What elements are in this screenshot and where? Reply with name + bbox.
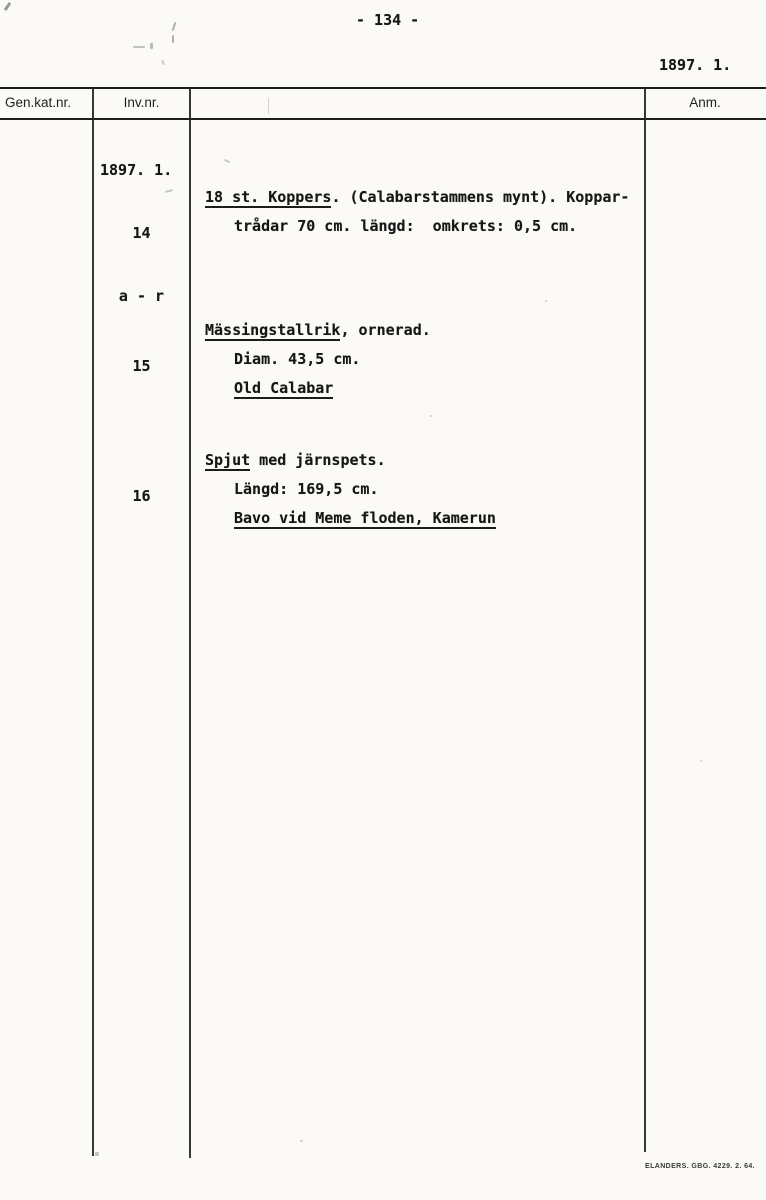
- column-header-anm: Anm.: [644, 95, 766, 110]
- inv-nr: 16: [93, 482, 190, 511]
- column-header-gen-kat-nr: Gen.kat.nr.: [5, 95, 71, 110]
- printer-imprint: ELANDERS. GBG. 4229. 2. 64.: [645, 1163, 755, 1170]
- table-rule-top: [0, 87, 766, 89]
- scan-speck: [700, 760, 702, 762]
- column-divider-main-anm: [644, 88, 646, 1152]
- group-year-label: 1897. 1.: [100, 161, 172, 179]
- page-number: - 134 -: [356, 11, 419, 29]
- scan-speck: [300, 1140, 303, 1142]
- scan-speck: [172, 35, 174, 43]
- scan-speck: [150, 43, 153, 49]
- scan-speck: [224, 159, 230, 163]
- scan-speck: [4, 2, 12, 11]
- entry-description: 18 st. Koppers. (Calabarstammens mynt). …: [205, 183, 641, 241]
- scan-speck: [172, 22, 177, 31]
- table-rule-header-bottom: [0, 118, 766, 120]
- inv-nr: 14: [93, 219, 190, 248]
- inv-nr: 15: [93, 352, 190, 381]
- inv-nr-cell: 16: [93, 446, 190, 547]
- scan-speck: [133, 46, 145, 48]
- entry-description: Mässingstallrik, ornerad.Diam. 43,5 cm.O…: [205, 316, 641, 403]
- scan-speck: [95, 1152, 99, 1156]
- inv-nr-cell: 15: [93, 316, 190, 417]
- scan-speck: [430, 415, 432, 417]
- column-header-inv-nr: Inv.nr.: [93, 95, 190, 110]
- inv-nr-suffix-range: a - r: [93, 284, 190, 308]
- scan-speck: [161, 60, 165, 65]
- year-reference-header: 1897. 1.: [659, 56, 731, 74]
- scan-speck: [268, 98, 269, 114]
- scan-speck: [545, 300, 547, 302]
- scanned-catalog-page: { "page": { "page_number": "- 134 -", "y…: [0, 0, 766, 1200]
- entry-description: Spjut med järnspets.Längd: 169,5 cm.Bavo…: [205, 446, 641, 533]
